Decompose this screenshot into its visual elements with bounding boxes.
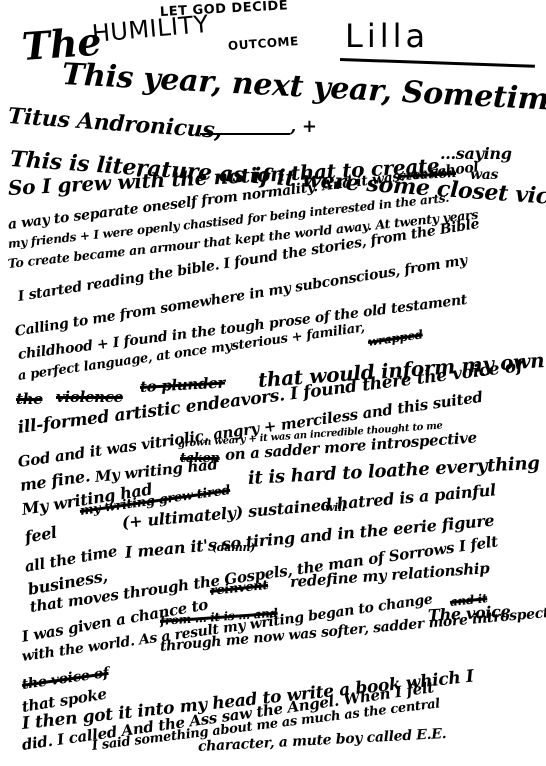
line-loathe-everything: it is hard to loathe everything bbox=[248, 455, 540, 488]
title-humility: HUMILITY bbox=[91, 12, 210, 46]
manuscript-page: LET GOD DECIDE The HUMILITY OUTCOME Lill… bbox=[0, 0, 546, 766]
line-taken-struck: taken bbox=[180, 452, 220, 465]
insert-damn: (damn) bbox=[212, 542, 255, 553]
line-feel: feel bbox=[24, 525, 58, 546]
line-plunder-struck: to plunder bbox=[140, 376, 226, 395]
title-underline bbox=[340, 58, 535, 68]
line-perfect-language-struck: wrapped bbox=[367, 328, 423, 348]
line-the-struck: the bbox=[16, 392, 42, 407]
line-titus: Titus Andronicus, bbox=[7, 105, 222, 142]
title-lilla: Lilla bbox=[345, 20, 429, 52]
note-outcome: OUTCOME bbox=[228, 35, 299, 52]
line-titus-end: , + bbox=[290, 118, 317, 136]
blank-underline bbox=[200, 133, 290, 135]
line-violence-struck: violence bbox=[56, 390, 123, 405]
